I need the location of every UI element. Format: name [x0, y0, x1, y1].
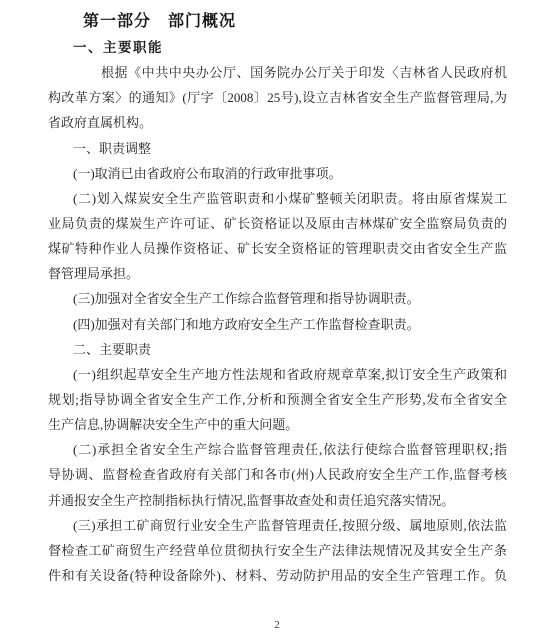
text-line: 督检查工矿商贸生产经营单位贯彻执行安全生产法律法规情况及其安全生产条 [48, 538, 507, 563]
text-line: 二、主要职责 [48, 337, 507, 362]
text-line: (四)加强对有关部门和地方政府安全生产工作监督检查职责。 [48, 312, 507, 337]
text-line: 业局负责的煤炭生产许可证、矿长资格证以及原由吉林煤矿安全监察局负责的 [48, 211, 507, 236]
text-line: 件和有关设备(特种设备除外)、材料、劳动防护用品的安全生产管理工作。负 [48, 563, 507, 588]
text-line: 规划;指导协调全省安全生产工作,分析和预测全省安全生产形势,发布全省安全 [48, 387, 507, 412]
document-page: 第一部分 部门概况 一、主要职能根据《中共中央办公厅、国务院办公厅关于印发〈吉林… [0, 0, 554, 642]
text-line: 根据《中共中央办公厅、国务院办公厅关于印发〈吉林省人民政府机 [48, 60, 507, 85]
text-line: 构改革方案〉的通知》(厅字〔2008〕25号),设立吉林省安全生产监督管理局,为 [48, 85, 507, 110]
text-line: (三)加强对全省安全生产工作综合监督管理和指导协调职责。 [48, 286, 507, 311]
page-number: 2 [0, 617, 554, 633]
text-line: 省政府直属机构。 [48, 110, 507, 135]
text-line: (一)组织起草安全生产地方性法规和省政府规章草案,拟订安全生产政策和 [48, 362, 507, 387]
text-line: 煤矿特种作业人员操作资格证、矿长安全资格证的管理职责交由省安全生产监 [48, 236, 507, 261]
document-body: 一、主要职能根据《中共中央办公厅、国务院办公厅关于印发〈吉林省人民政府机构改革方… [48, 35, 507, 588]
text-line: (二)划入煤炭安全生产监管职责和小煤矿整顿关闭职责。将由原省煤炭工 [48, 186, 507, 211]
text-line: 生产信息,协调解决安全生产中的重大问题。 [48, 412, 507, 437]
text-line: 一、职责调整 [48, 136, 507, 161]
document-title: 第一部分 部门概况 [0, 0, 554, 35]
text-line: (一)取消已由省政府公布取消的行政审批事项。 [48, 161, 507, 186]
text-line: 并通报安全生产控制指标执行情况,监督事故查处和责任追究落实情况。 [48, 488, 507, 513]
text-line: 督管理局承担。 [48, 261, 507, 286]
text-line: 导协调、监督检查省政府有关部门和各市(州)人民政府安全生产工作,监督考核 [48, 462, 507, 487]
section-heading-line: 一、主要职能 [48, 35, 507, 60]
text-line: (三)承担工矿商贸行业安全生产监督管理责任,按照分级、属地原则,依法监 [48, 513, 507, 538]
text-line: (二)承担全省安全生产综合监督管理责任,依法行使综合监督管理职权;指 [48, 437, 507, 462]
